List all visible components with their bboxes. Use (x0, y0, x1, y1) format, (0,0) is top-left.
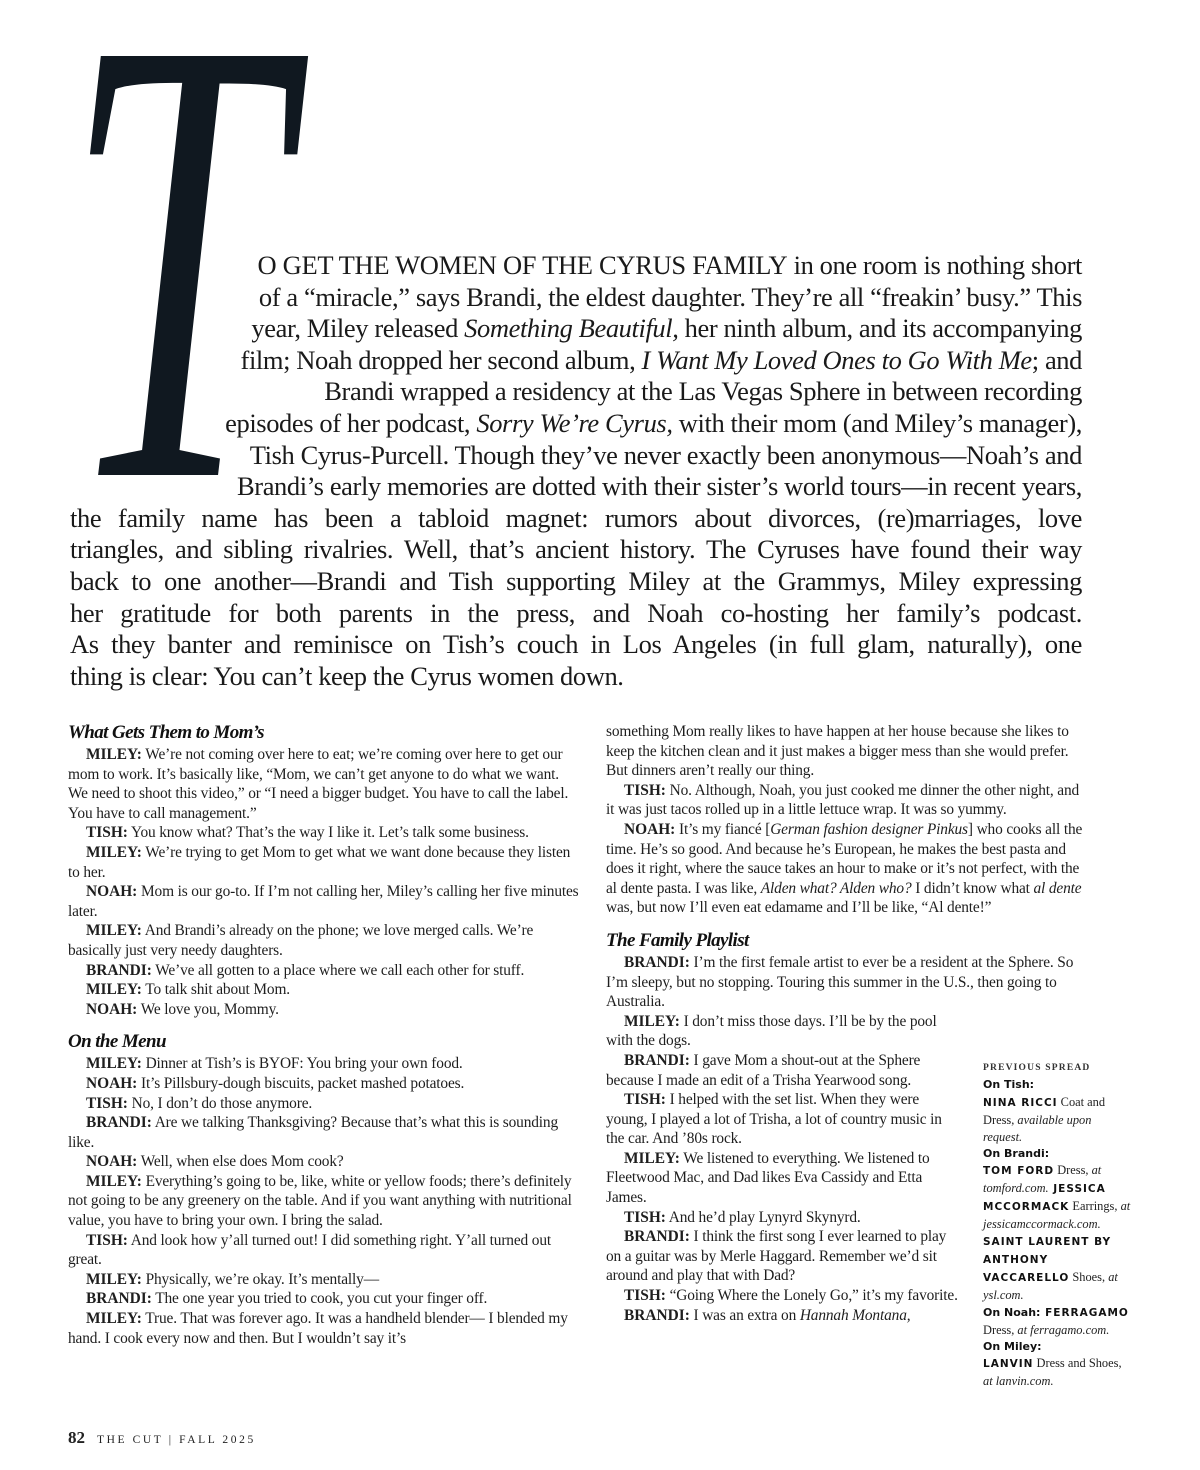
speaker-name: MILEY: (86, 746, 142, 763)
dialogue-text: The one year you tried to cook, you cut … (152, 1290, 487, 1307)
speaker-name: TISH: (624, 1091, 666, 1108)
intro-line: episodes of her podcast, Sorry We’re Cyr… (70, 408, 1082, 440)
credit-item: Dress, (1054, 1163, 1092, 1177)
speaker-name: TISH: (624, 782, 666, 799)
credit-entry: SAINT LAURENT BY ANTHONY VACCARELLO Shoe… (983, 1233, 1133, 1304)
dialogue-line: MILEY: Physically, we’re okay. It’s ment… (68, 1270, 580, 1290)
credit-subject-miley: On Miley: (983, 1339, 1133, 1356)
playlist-narrow-block: MILEY: I don’t miss those days. I’ll be … (606, 1012, 958, 1326)
section-heading: What Gets Them to Mom’s (68, 722, 580, 744)
dialogue-line: BRANDI: I think the first song I ever le… (606, 1227, 958, 1286)
speaker-name: TISH: (86, 1095, 128, 1112)
speaker-name: MILEY: (86, 1055, 142, 1072)
speaker-name: BRANDI: (86, 1114, 152, 1131)
intro-line: her gratitude for both parents in the pr… (70, 598, 1082, 630)
dialogue-text: Everything’s going to be, like, white or… (68, 1173, 572, 1229)
credit-entry: On Noah: FERRAGAMO Dress, at ferragamo.c… (983, 1304, 1133, 1339)
intro-line: year, Miley released Something Beautiful… (70, 313, 1082, 345)
speaker-name: NOAH: (86, 1153, 137, 1170)
speaker-name: NOAH: (86, 1075, 137, 1092)
intro-text: year, Miley released (251, 313, 464, 343)
left-column: What Gets Them to Mom’s MILEY: We’re not… (68, 722, 580, 1348)
dialogue-text: Mom is our go-to. If I’m not calling her… (68, 883, 579, 920)
intro-text: ; and (1032, 345, 1082, 375)
dialogue-line: BRANDI: I was an extra on Hannah Montana… (606, 1306, 958, 1326)
credit-availability: at lanvin.com. (983, 1374, 1054, 1388)
credit-item: Shoes, (1069, 1270, 1108, 1284)
dialogue-text: To talk shit about Mom. (142, 981, 290, 998)
section-heading: The Family Playlist (606, 930, 1084, 952)
intro-line: back to one another—Brandi and Tish supp… (70, 566, 1082, 598)
speaker-name: MILEY: (624, 1013, 680, 1030)
dialogue-text: I didn’t know what (912, 880, 1034, 897)
dialogue-text: It’s Pillsbury-dough biscuits, packet ma… (137, 1075, 464, 1092)
speaker-name: NOAH: (624, 821, 675, 838)
dialogue-text: We’re trying to get Mom to get what we w… (68, 844, 570, 881)
dialogue-line: TISH: No, I don’t do those anymore. (68, 1094, 580, 1114)
speaker-name: TISH: (86, 824, 128, 841)
credit-entry: NINA RICCI Coat and Dress, available upo… (983, 1094, 1133, 1146)
dialogue-line: BRANDI: Are we talking Thanksgiving? Bec… (68, 1113, 580, 1152)
dialogue-line: NOAH: It’s my fiancé [German fashion des… (606, 820, 1084, 918)
page-number: 82 (68, 1428, 85, 1447)
speaker-name: BRANDI: (86, 962, 152, 979)
dialogue-text: We’ve all gotten to a place where we cal… (152, 962, 524, 979)
dialogue-line: MILEY: To talk shit about Mom. (68, 980, 580, 1000)
dialogue-text: I was an extra on (690, 1307, 800, 1324)
italic-phrase: Alden what? Alden who? (761, 880, 912, 897)
intro-line: film; Noah dropped her second album, I W… (70, 345, 1082, 377)
speaker-name: MILEY: (86, 1310, 142, 1327)
dialogue-text: No, I don’t do those anymore. (128, 1095, 312, 1112)
dialogue-text: True. That was forever ago. It was a han… (68, 1310, 568, 1347)
intro-line: of a “miracle,” says Brandi, the eldest … (70, 282, 1082, 314)
publication-line: THE CUT | FALL 2025 (97, 1434, 256, 1446)
dialogue-line: NOAH: Well, when else does Mom cook? (68, 1152, 580, 1172)
intro-lead-caps: O GET THE WOMEN OF THE CYRUS FAMILY (257, 250, 787, 280)
dialogue-line: MILEY: Everything’s going to be, like, w… (68, 1172, 580, 1231)
speaker-name: TISH: (624, 1209, 666, 1226)
speaker-name: MILEY: (86, 981, 142, 998)
speaker-name: BRANDI: (624, 1228, 690, 1245)
intro-line: O GET THE WOMEN OF THE CYRUS FAMILY in o… (70, 250, 1082, 282)
credit-subject-tish: On Tish: (983, 1077, 1133, 1094)
intro-text: film; Noah dropped her second album, (241, 345, 642, 375)
intro-line: Brandi wrapped a residency at the Las Ve… (70, 376, 1082, 408)
section-heading: On the Menu (68, 1031, 580, 1053)
italic-aside: German fashion designer Pinkus (770, 821, 968, 838)
intro-line: the family name has been a tabloid magne… (70, 503, 1082, 535)
credit-entry: LANVIN Dress and Shoes, at lanvin.com. (983, 1355, 1133, 1390)
dialogue-line: TISH: And he’d play Lynyrd Skynyrd. (606, 1208, 958, 1228)
intro-paragraph: O GET THE WOMEN OF THE CYRUS FAMILY in o… (70, 250, 1082, 692)
speaker-name: BRANDI: (624, 1307, 690, 1324)
dialogue-text: Well, when else does Mom cook? (137, 1153, 343, 1170)
speaker-name: BRANDI: (624, 1052, 690, 1069)
dialogue-line: BRANDI: The one year you tried to cook, … (68, 1289, 580, 1309)
dialogue-line: TISH: You know what? That’s the way I li… (68, 823, 580, 843)
dialogue-continuation: something Mom really likes to have happe… (606, 722, 1084, 781)
dialogue-text: Physically, we’re okay. It’s mentally— (142, 1271, 379, 1288)
speaker-name: MILEY: (624, 1150, 680, 1167)
brand-name: LANVIN (983, 1358, 1033, 1370)
dialogue-line: MILEY: We’re not coming over here to eat… (68, 745, 580, 823)
dialogue-text: We love you, Mommy. (137, 1001, 279, 1018)
album-title: I Want My Loved Ones to Go With Me (642, 345, 1032, 375)
dialogue-line: TISH: “Going Where the Lonely Go,” it’s … (606, 1286, 958, 1306)
intro-line: triangles, and sibling rivalries. Well, … (70, 534, 1082, 566)
album-title: Something Beautiful, (464, 313, 678, 343)
intro-line: Tish Cyrus-Purcell. Though they’ve never… (70, 440, 1082, 472)
dialogue-text: No. Although, Noah, you just cooked me d… (606, 782, 1079, 819)
intro-line: As they banter and reminisce on Tish’s c… (70, 629, 1082, 661)
dialogue-line: TISH: I helped with the set list. When t… (606, 1090, 958, 1149)
dialogue-text: We’re not coming over here to eat; we’re… (68, 746, 568, 822)
speaker-name: MILEY: (86, 922, 142, 939)
dialogue-line: BRANDI: I gave Mom a shout-out at the Sp… (606, 1051, 958, 1090)
credit-item: Dress, (983, 1323, 1017, 1337)
intro-text: with their mom (and Miley’s manager), (673, 408, 1082, 438)
brand-name: NINA RICCI (983, 1097, 1058, 1109)
credits-kicker: PREVIOUS SPREAD (983, 1060, 1133, 1077)
dialogue-line: TISH: No. Although, Noah, you just cooke… (606, 781, 1084, 820)
show-title: Hannah Montana, (800, 1307, 911, 1324)
speaker-name: TISH: (86, 1232, 128, 1249)
brand-name: FERRAGAMO (1040, 1307, 1128, 1319)
dialogue-line: MILEY: Dinner at Tish’s is BYOF: You bri… (68, 1054, 580, 1074)
dialogue-line: BRANDI: We’ve all gotten to a place wher… (68, 961, 580, 981)
dialogue-line: MILEY: True. That was forever ago. It wa… (68, 1309, 580, 1348)
dialogue-line: NOAH: Mom is our go-to. If I’m not calli… (68, 882, 580, 921)
dialogue-text: It’s my fiancé [ (675, 821, 770, 838)
italic-phrase: al dente (1034, 880, 1082, 897)
dialogue-line: BRANDI: I’m the first female artist to e… (606, 953, 1084, 1012)
speaker-name: TISH: (624, 1287, 666, 1304)
credit-item: Earrings, (1069, 1199, 1120, 1213)
dialogue-line: NOAH: We love you, Mommy. (68, 1000, 580, 1020)
podcast-title: Sorry We’re Cyrus, (476, 408, 672, 438)
dialogue-line: MILEY: And Brandi’s already on the phone… (68, 921, 580, 960)
credit-subject-noah: On Noah: (983, 1306, 1040, 1319)
speaker-name: NOAH: (86, 1001, 137, 1018)
credit-availability: at ferragamo.com. (1017, 1323, 1109, 1337)
credit-item: Dress and Shoes, (1033, 1356, 1121, 1370)
credit-entry: TOM FORD Dress, at tomford.com. JESSICA … (983, 1162, 1133, 1233)
dialogue-line: MILEY: I don’t miss those days. I’ll be … (606, 1012, 958, 1051)
intro-text: episodes of her podcast, (225, 408, 476, 438)
dialogue-line: MILEY: We’re trying to get Mom to get wh… (68, 843, 580, 882)
dialogue-text: “Going Where the Lonely Go,” it’s my fav… (666, 1287, 958, 1304)
dialogue-line: NOAH: It’s Pillsbury-dough biscuits, pac… (68, 1074, 580, 1094)
speaker-name: MILEY: (86, 1271, 142, 1288)
intro-line: Brandi’s early memories are dotted with … (70, 471, 1082, 503)
intro-text: in one room is nothing short (787, 250, 1082, 280)
dialogue-text: Dinner at Tish’s is BYOF: You bring your… (142, 1055, 463, 1072)
speaker-name: MILEY: (86, 1173, 142, 1190)
speaker-name: NOAH: (86, 883, 137, 900)
dialogue-line: TISH: And look how y’all turned out! I d… (68, 1231, 580, 1270)
dialogue-text: was, but now I’ll even eat edamame and I… (606, 899, 991, 916)
speaker-name: MILEY: (86, 844, 142, 861)
intro-text: her ninth album, and its accompanying (678, 313, 1082, 343)
dialogue-text: You know what? That’s the way I like it.… (128, 824, 529, 841)
credit-subject-brandi: On Brandi: (983, 1146, 1133, 1163)
page-folio: 82 THE CUT | FALL 2025 (68, 1428, 256, 1448)
speaker-name: BRANDI: (624, 954, 690, 971)
intro-line: thing is clear: You can’t keep the Cyrus… (70, 661, 1082, 693)
brand-name: TOM FORD (983, 1165, 1054, 1177)
speaker-name: BRANDI: (86, 1290, 152, 1307)
dialogue-text: And look how y’all turned out! I did som… (68, 1232, 551, 1269)
dialogue-text: And he’d play Lynyrd Skynyrd. (666, 1209, 861, 1226)
fashion-credits: PREVIOUS SPREAD On Tish: NINA RICCI Coat… (983, 1060, 1133, 1390)
dialogue-line: MILEY: We listened to everything. We lis… (606, 1149, 958, 1208)
